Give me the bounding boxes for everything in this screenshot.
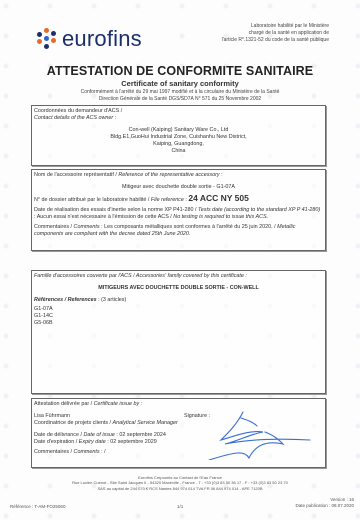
- label-fr: Famille d'accessoires couverte par l'ACS…: [34, 273, 136, 279]
- reference-item: G5-06B: [34, 320, 323, 327]
- accessory-section: Nom de l'accessoire représentatif / Refe…: [31, 169, 326, 251]
- references-fr: Références /: [34, 297, 68, 303]
- family-name: MITIGEURS AVEC DOUCHETTE DOUBLE SORTIE -…: [34, 285, 323, 292]
- footer-reference: Référence : T-AM-FO25060: [10, 504, 65, 509]
- comments-text-fr: : Les composants métalliques sont confor…: [100, 224, 278, 230]
- owner-country: China: [34, 148, 323, 155]
- issue-date: : 02 septembre 2024: [115, 432, 166, 438]
- label-en: Certificate issue by: [94, 401, 140, 407]
- signature-icon: [205, 410, 315, 460]
- references-label: Références / References : (3 articles): [34, 297, 323, 304]
- references-count: : (3 articles): [97, 297, 127, 303]
- lab-note-line: Laboratoire habilité par le Ministère: [189, 23, 329, 30]
- owner-address: Con-well (Kaiping) Sanitary Ware Co., Lt…: [34, 127, 323, 155]
- owner-section: Coordonnées du demandeur d'ACS / Contact…: [31, 105, 326, 166]
- reference-item: G1-07A: [34, 306, 323, 313]
- comments-fr: Commentaires /: [34, 449, 74, 455]
- lab-accreditation-note: Laboratoire habilité par le Ministère ch…: [189, 23, 329, 43]
- family-section: Famille d'accessoires couverte par l'ACS…: [31, 270, 326, 394]
- decree-reference: Conformément à l'arrêté du 29 mai 1997 m…: [0, 89, 360, 102]
- comments-en: Comments: [74, 449, 100, 455]
- document-title: ATTESTATION DE CONFORMITE SANITAIRE: [0, 64, 360, 78]
- label-fr: Attestation délivrée par /: [34, 401, 94, 407]
- owner-address-line: Kaiping, Guangdong,: [34, 141, 323, 148]
- tests-fr2: : Aucun essai n'est nécessaire à l'émiss…: [34, 214, 173, 220]
- tests-fr: Date de réalisation des essais d'inertie…: [34, 207, 198, 213]
- label-end: :: [244, 273, 247, 279]
- document-subtitle: Certificate of sanitary conformity: [0, 79, 360, 88]
- decree-line: Conformément à l'arrêté du 29 mai 1997 m…: [0, 89, 360, 96]
- issuer-name: Lisa Führmann: [34, 413, 70, 419]
- footer-version: Version : 16 Date publication : 08.07.20…: [295, 497, 354, 509]
- owner-label-en: Contact details of the ACS owner :: [34, 115, 323, 122]
- role-fr: Coordinatrice de projets clients /: [34, 420, 113, 426]
- accessory-label: Nom de l'accessoire représentatif / Refe…: [34, 172, 323, 179]
- comments-value: : /: [100, 449, 106, 455]
- issue-en: Date of issue: [83, 432, 114, 438]
- lab-note-line: l'article R*.1321-52 du code de la santé…: [189, 37, 329, 44]
- issue-fr: Date de délivrance /: [34, 432, 83, 438]
- expiry-fr: Date d'expiration /: [34, 439, 79, 445]
- file-label-en: File reference: [151, 197, 184, 203]
- tests-en: Tests date (according to the standard XP…: [198, 207, 320, 213]
- file-reference-value: 24 ACC NY 505: [188, 193, 248, 203]
- family-label: Famille d'accessoires couverte par l'ACS…: [34, 273, 323, 280]
- role-en: Analytical Service Manager: [113, 420, 178, 426]
- logo-text: eurofins: [62, 26, 142, 52]
- label-en: Accessories' family covered by this cert…: [136, 273, 244, 279]
- owner-company: Con-well (Kaiping) Sanitary Ware Co., Lt…: [34, 127, 323, 134]
- comments-en: Comments: [74, 224, 100, 230]
- accessory-comments: Commentaires / Comments : Les composants…: [34, 224, 323, 238]
- label-end: :: [139, 401, 142, 407]
- owner-label-fr: Coordonnées du demandeur d'ACS /: [34, 108, 323, 115]
- footer-line: SAS au capital de 244 070 € RCS Nantes 8…: [0, 486, 360, 491]
- expiry-date: : 02 septembre 2029: [106, 439, 157, 445]
- decree-line: Direction Générale de la Santé DGS/SD7A …: [0, 96, 360, 103]
- label-end: :: [220, 172, 223, 178]
- accessory-name: Mitigeur avec douchette double sortie - …: [34, 184, 323, 191]
- lab-note-line: chargé de la santé en application de: [189, 30, 329, 37]
- publication-date: Date publication : 08.07.2020: [295, 503, 354, 509]
- footer-address: Eurofins Crepoonts au Contact de l'Eau F…: [0, 475, 360, 491]
- comments-fr: Commentaires /: [34, 224, 74, 230]
- references-list: G1-07A G1-14C G5-06B: [34, 306, 323, 327]
- file-label: N° de dossier attribué par le laboratoir…: [34, 197, 151, 203]
- tests-date-text: Date de réalisation des essais d'inertie…: [34, 207, 323, 221]
- label-fr: Nom de l'accessoire représentatif /: [34, 172, 118, 178]
- eurofins-dots-icon: [36, 28, 58, 50]
- page-number: 1/1: [177, 504, 183, 509]
- label-en: Reference of the representative accessor…: [118, 172, 219, 178]
- tests-en2: No testing is required to issue this ACS…: [173, 214, 268, 220]
- expiry-en: Expiry date: [79, 439, 106, 445]
- owner-address-line: Bldg.E1,GuoHui Industrial Zone, Cuishanh…: [34, 134, 323, 141]
- issuer-label: Attestation délivrée par / Certificate i…: [34, 401, 323, 408]
- eurofins-logo: eurofins: [36, 26, 142, 52]
- references-en: References: [68, 297, 97, 303]
- file-reference-row: N° de dossier attribué par le laboratoir…: [34, 195, 323, 204]
- reference-item: G1-14C: [34, 313, 323, 320]
